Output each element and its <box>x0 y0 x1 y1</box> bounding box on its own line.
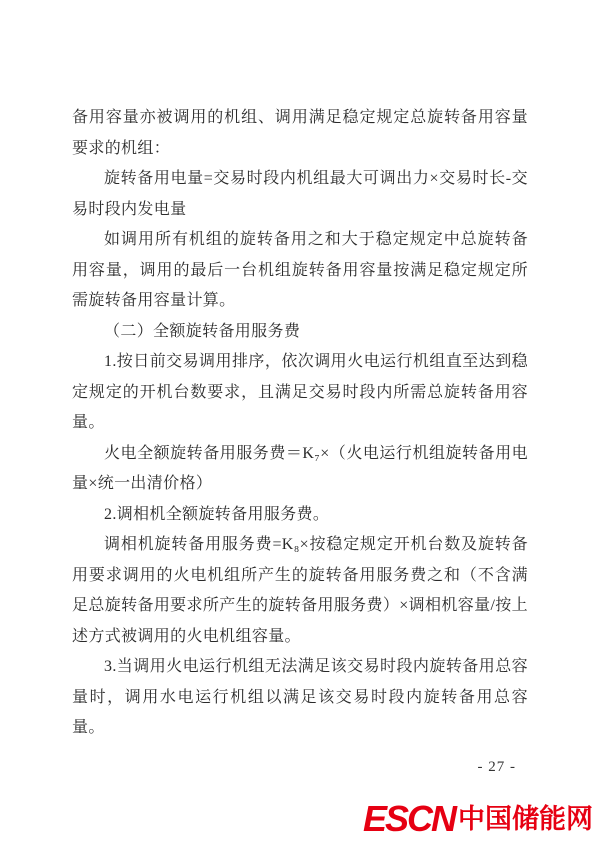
escn-logo-chinese-text: 中国储能网 <box>458 806 593 833</box>
paragraph-item-3-hydro-dispatch-rule: 3.当调用火电运行机组无法满足该交易时段内旋转备用总容量时，调用水电运行机组以满… <box>72 652 528 744</box>
page-number: - 27 - <box>478 759 517 776</box>
paragraph-last-unit-calculation-rule: 如调用所有机组的旋转备用之和大于稳定规定中总旋转备用容量，调用的最后一台机组旋转… <box>72 225 528 317</box>
paragraph-formula-condenser-reserve-fee-k8: 调相机旋转备用服务费=K₈×按稳定规定开机台数及旋转备用要求调用的火电机组所产生… <box>72 530 528 652</box>
document-body: 备用容量亦被调用的机组、调用满足稳定规定总旋转备用容量要求的机组： 旋转备用电量… <box>72 103 528 744</box>
paragraph-item-2-condenser-reserve-fee: 2.调相机全额旋转备用服务费。 <box>72 500 528 531</box>
paragraph-formula-thermal-full-reserve-fee-k7: 火电全额旋转备用服务费＝K₇×（火电运行机组旋转备用电量×统一出清价格） <box>72 439 528 500</box>
document-page: 备用容量亦被调用的机组、调用满足稳定规定总旋转备用容量要求的机组： 旋转备用电量… <box>0 0 600 848</box>
paragraph-formula-spinning-reserve-energy: 旋转备用电量=交易时段内机组最大可调出力×交易时长-交易时段内发电量 <box>72 164 528 225</box>
section-heading-full-spinning-reserve-fee: （二）全额旋转备用服务费 <box>72 317 528 348</box>
escn-logo-latin-text: ESCN <box>363 801 455 837</box>
escn-logo: ESCN 中国储能网 <box>363 801 593 837</box>
paragraph-item-1-thermal-dispatch-order: 1.按日前交易调用排序，依次调用火电运行机组直至达到稳定规定的开机台数要求，且满… <box>72 347 528 439</box>
paragraph-continuation-reserve-capacity: 备用容量亦被调用的机组、调用满足稳定规定总旋转备用容量要求的机组： <box>72 103 528 164</box>
